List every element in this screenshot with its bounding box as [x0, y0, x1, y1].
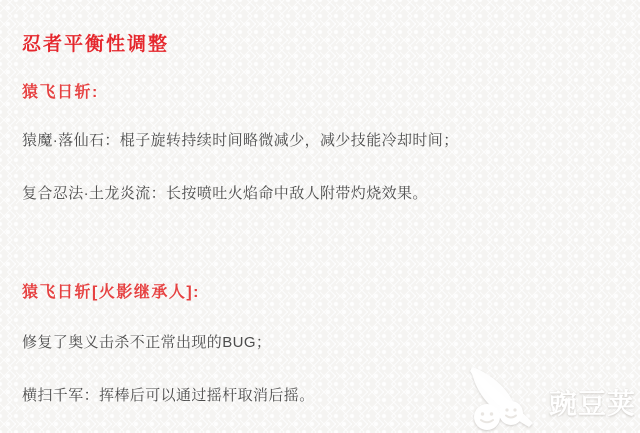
- pea-pod-logo-icon: [459, 365, 547, 431]
- paragraph-enma-rakusenseki: 猿魔·落仙石：棍子旋转持续时间略微减少，减少技能冷却时间；: [22, 129, 459, 150]
- paragraph-bug-fix: 修复了奥义击杀不正常出现的BUG；: [22, 331, 271, 352]
- article-title: 忍者平衡性调整: [22, 29, 169, 56]
- article-page: 忍者平衡性调整 猿飞日斩: 猿魔·落仙石：棍子旋转持续时间略微减少，减少技能冷却…: [0, 0, 640, 433]
- section-heading-sarutobi: 猿飞日斩:: [22, 79, 99, 102]
- section-heading-sarutobi-hokage-successor: 猿飞日斩[火影继承人]:: [22, 279, 200, 302]
- paragraph-combo-ninjutsu: 复合忍法·土龙炎流：长按喷吐火焰命中敌人附带灼烧效果。: [22, 182, 428, 203]
- paragraph-sweep-attack: 横扫千军：挥棒后可以通过摇杆取消后摇。: [22, 384, 315, 405]
- watermark: 豌豆荚: [459, 365, 640, 431]
- watermark-brand-text: 豌豆荚: [549, 382, 640, 422]
